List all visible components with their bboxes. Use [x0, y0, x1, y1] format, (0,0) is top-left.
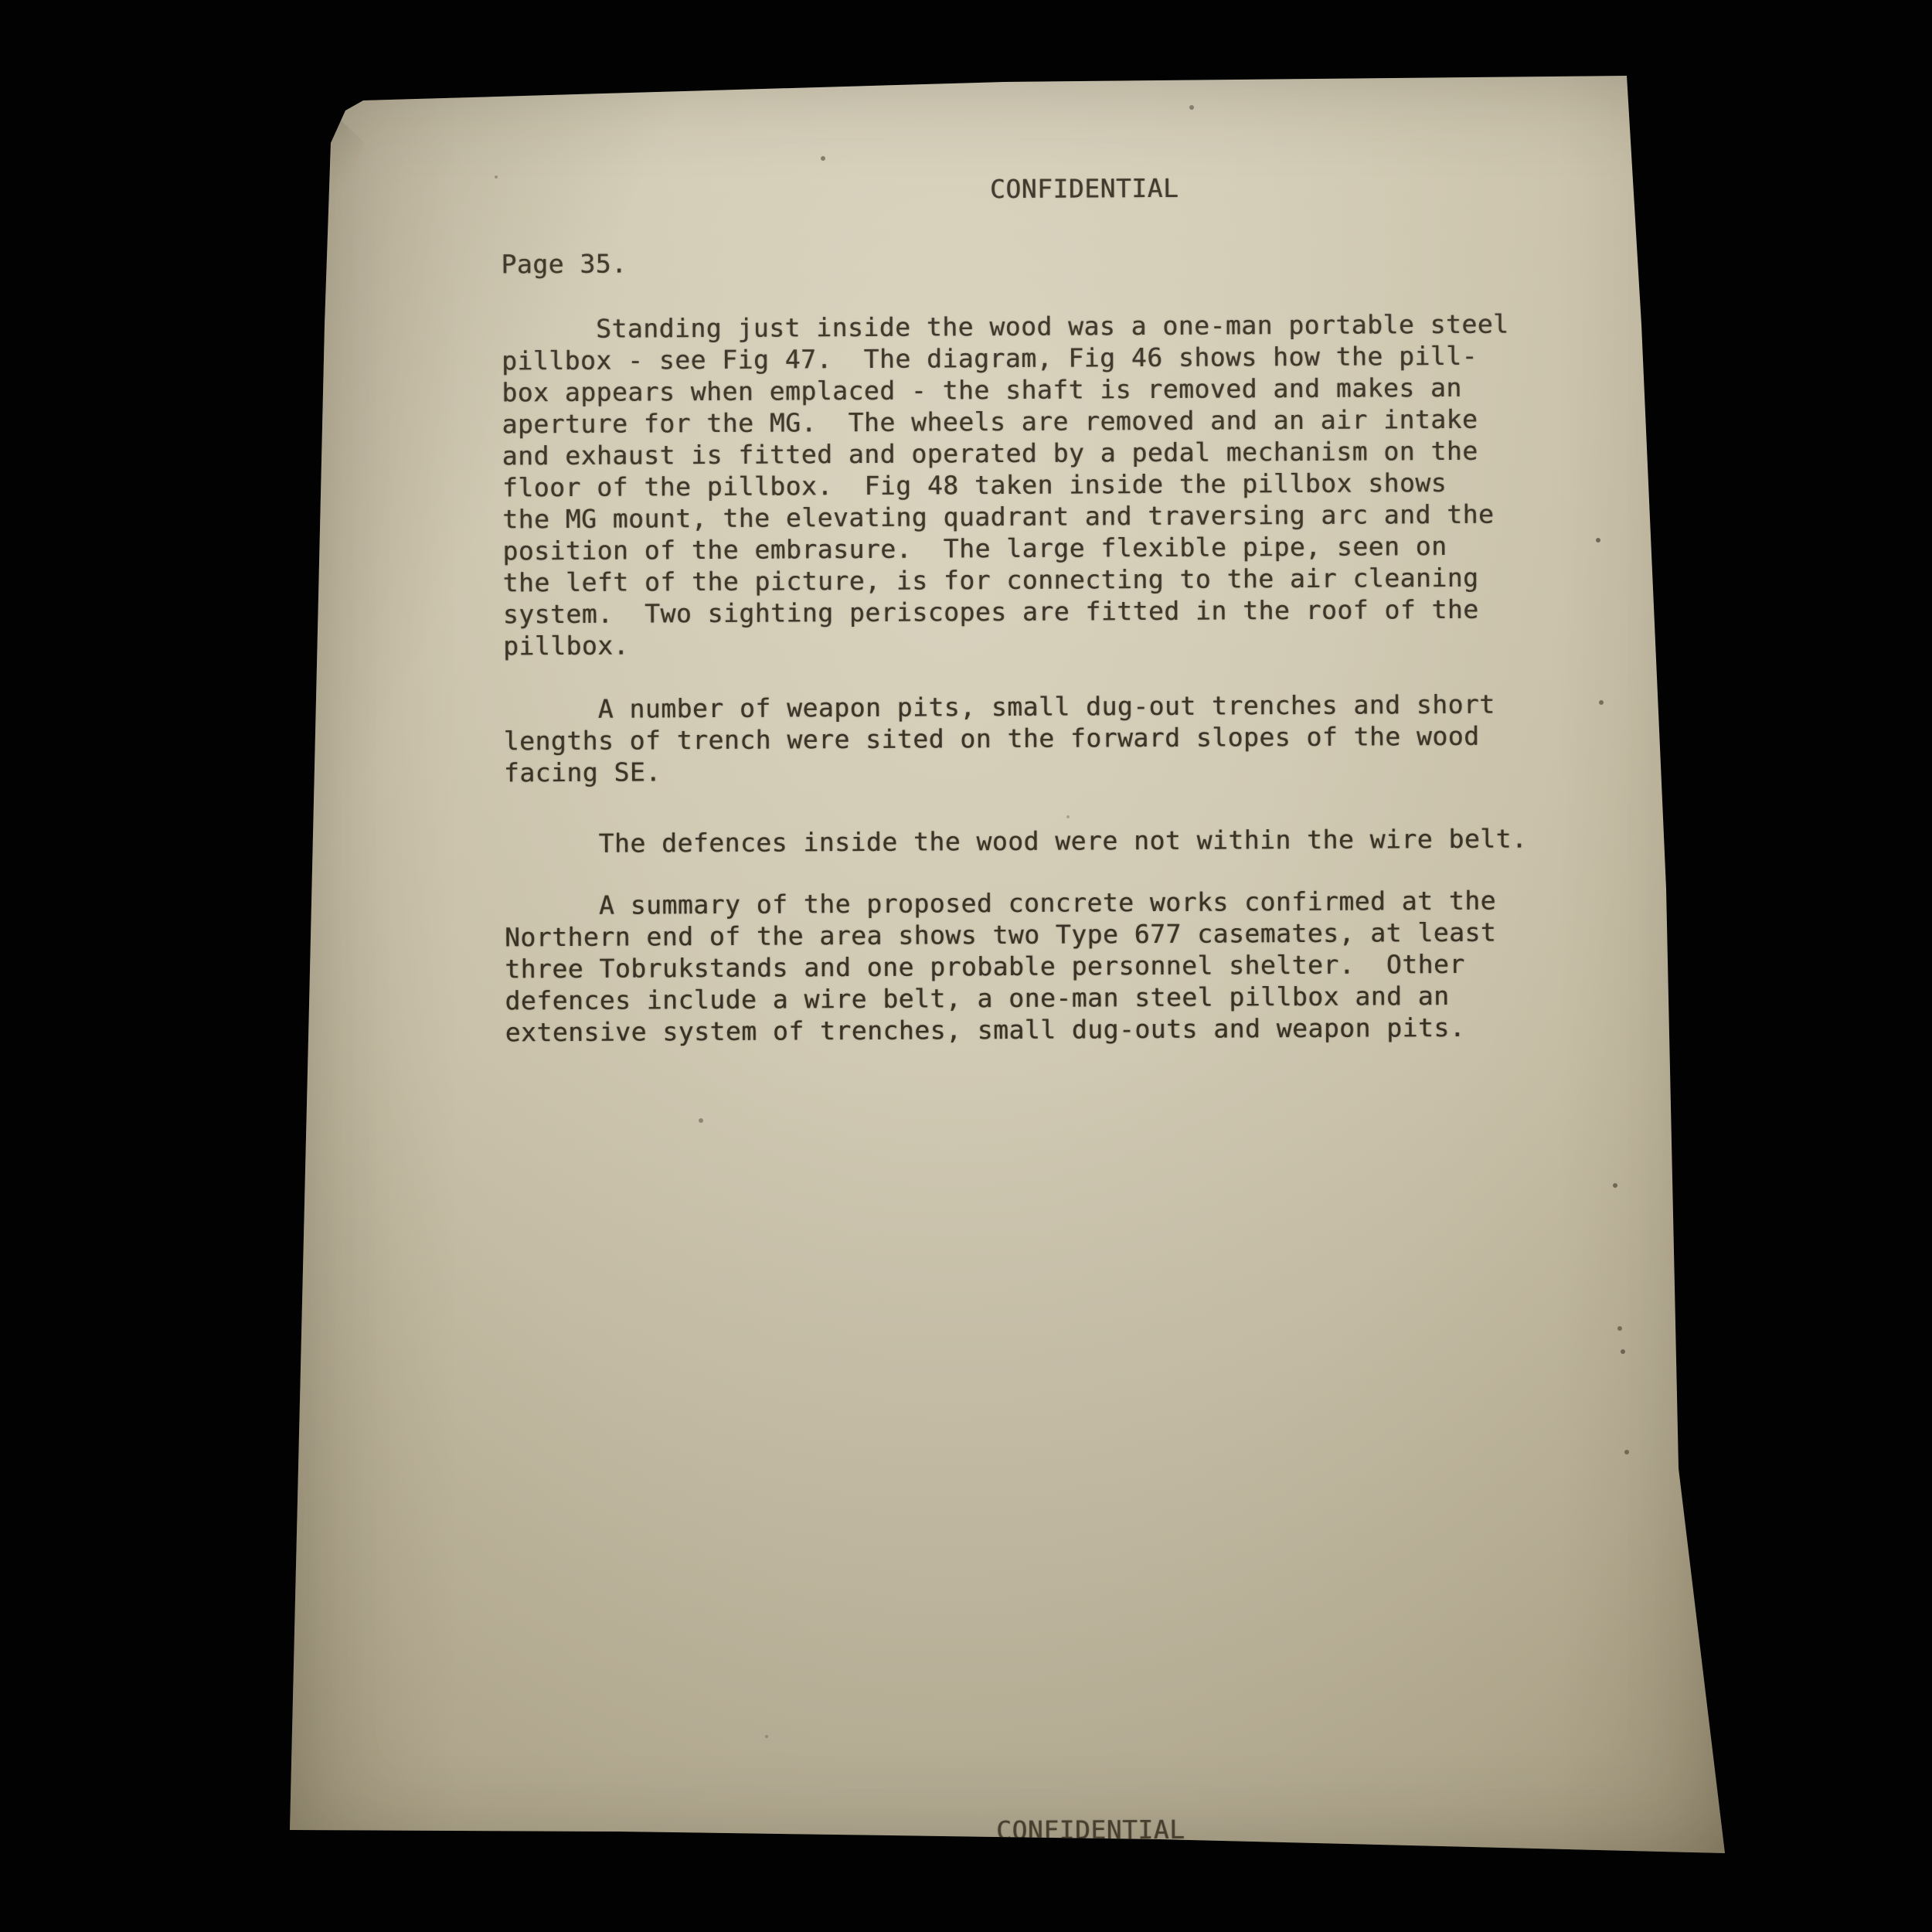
- body-paragraph: A number of weapon pits, small dug-out t…: [503, 689, 1495, 789]
- body-paragraph: Standing just inside the wood was a one-…: [502, 308, 1511, 662]
- typed-text-layer: CONFIDENTIAL Page 35. Standing just insi…: [282, 70, 1736, 1862]
- classification-header: CONFIDENTIAL: [990, 172, 1179, 205]
- body-paragraph: The defences inside the wood were not wi…: [504, 822, 1527, 859]
- document-page: CONFIDENTIAL Page 35. Standing just insi…: [286, 73, 1731, 1859]
- page-number: Page 35.: [501, 248, 627, 281]
- body-paragraph: A summary of the proposed concrete works…: [505, 885, 1497, 1049]
